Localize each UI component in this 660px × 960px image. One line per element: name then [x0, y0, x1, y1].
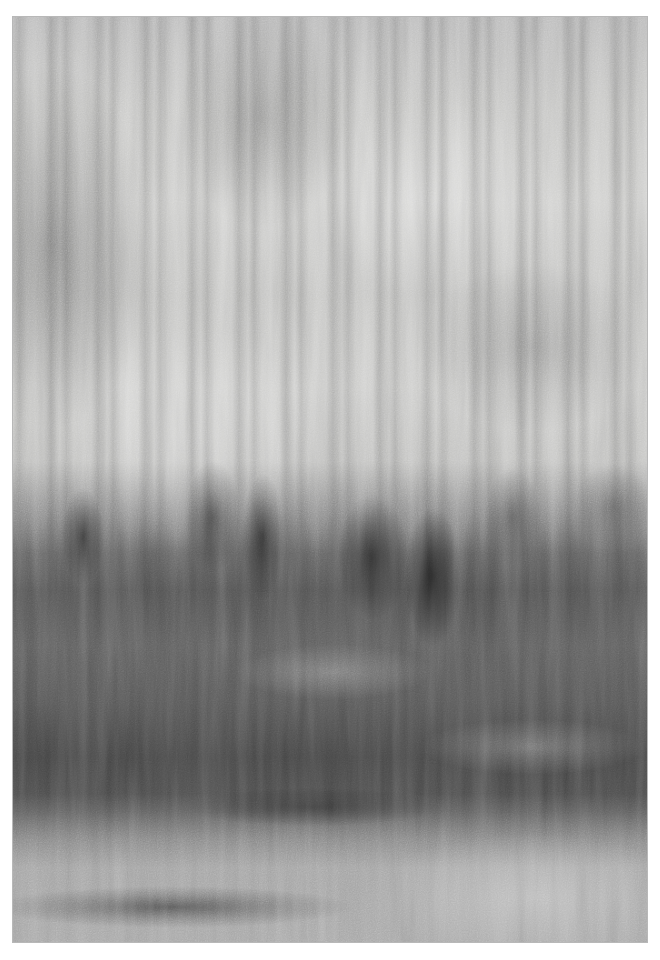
rug-image	[12, 16, 648, 943]
rug-streak-noise	[13, 17, 648, 943]
